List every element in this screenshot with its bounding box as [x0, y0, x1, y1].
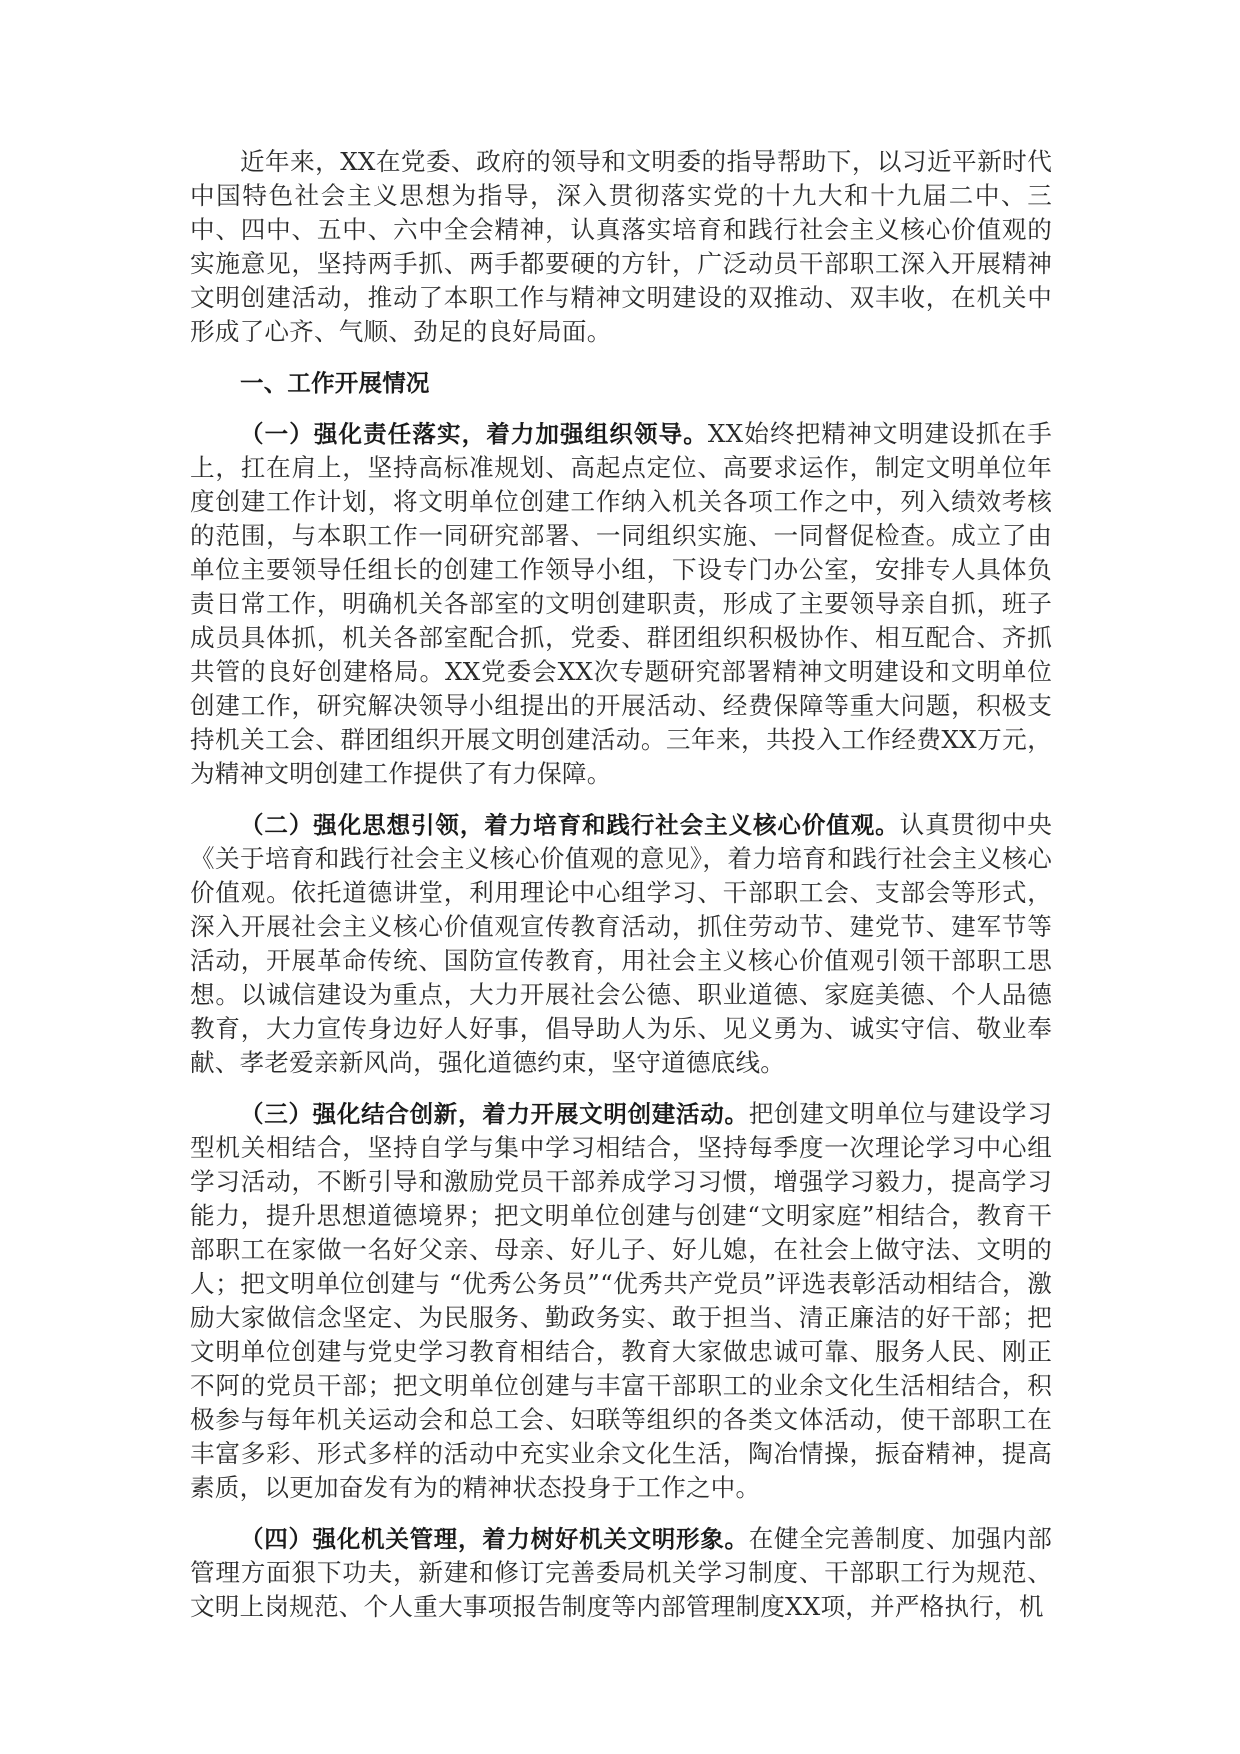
section-heading: 一、工作开展情况 [190, 366, 1052, 400]
section-body-3: 把创建文明单位与建设学习型机关相结合，坚持自学与集中学习相结合，坚持每季度一次理… [190, 1099, 1052, 1502]
section-lead-2: （二）强化思想引领，着力培育和践行社会主义核心价值观。 [240, 811, 900, 839]
section-body-2: 认真贯彻中央《关于培育和践行社会主义核心价值观的意见》，着力培育和践行社会主义核… [190, 810, 1052, 1077]
section-body-1: XX始终把精神文明建设抓在手上，扛在肩上，坚持高标准规划、高起点定位、高要求运作… [190, 419, 1052, 788]
section-paragraph-2: （二）强化思想引领，着力培育和践行社会主义核心价值观。认真贯彻中央《关于培育和践… [190, 808, 1052, 1080]
section-paragraph-4: （四）强化机关管理，着力树好机关文明形象。在健全完善制度、加强内部管理方面狠下功… [190, 1522, 1052, 1624]
section-paragraph-3: （三）强化结合创新，着力开展文明创建活动。把创建文明单位与建设学习型机关相结合，… [190, 1097, 1052, 1505]
document-body: 近年来，XX在党委、政府的领导和文明委的指导帮助下，以习近平新时代中国特色社会主… [190, 145, 1052, 1641]
section-lead-4: （四）强化机关管理，着力树好机关文明形象。 [240, 1525, 749, 1553]
section-lead-1: （一）强化责任落实，着力加强组织领导。 [240, 420, 708, 448]
section-paragraph-1: （一）强化责任落实，着力加强组织领导。XX始终把精神文明建设抓在手上，扛在肩上，… [190, 417, 1052, 791]
intro-paragraph: 近年来，XX在党委、政府的领导和文明委的指导帮助下，以习近平新时代中国特色社会主… [190, 145, 1052, 349]
section-lead-3: （三）强化结合创新，着力开展文明创建活动。 [240, 1100, 749, 1128]
document-page: 近年来，XX在党委、政府的领导和文明委的指导帮助下，以习近平新时代中国特色社会主… [0, 0, 1240, 1754]
